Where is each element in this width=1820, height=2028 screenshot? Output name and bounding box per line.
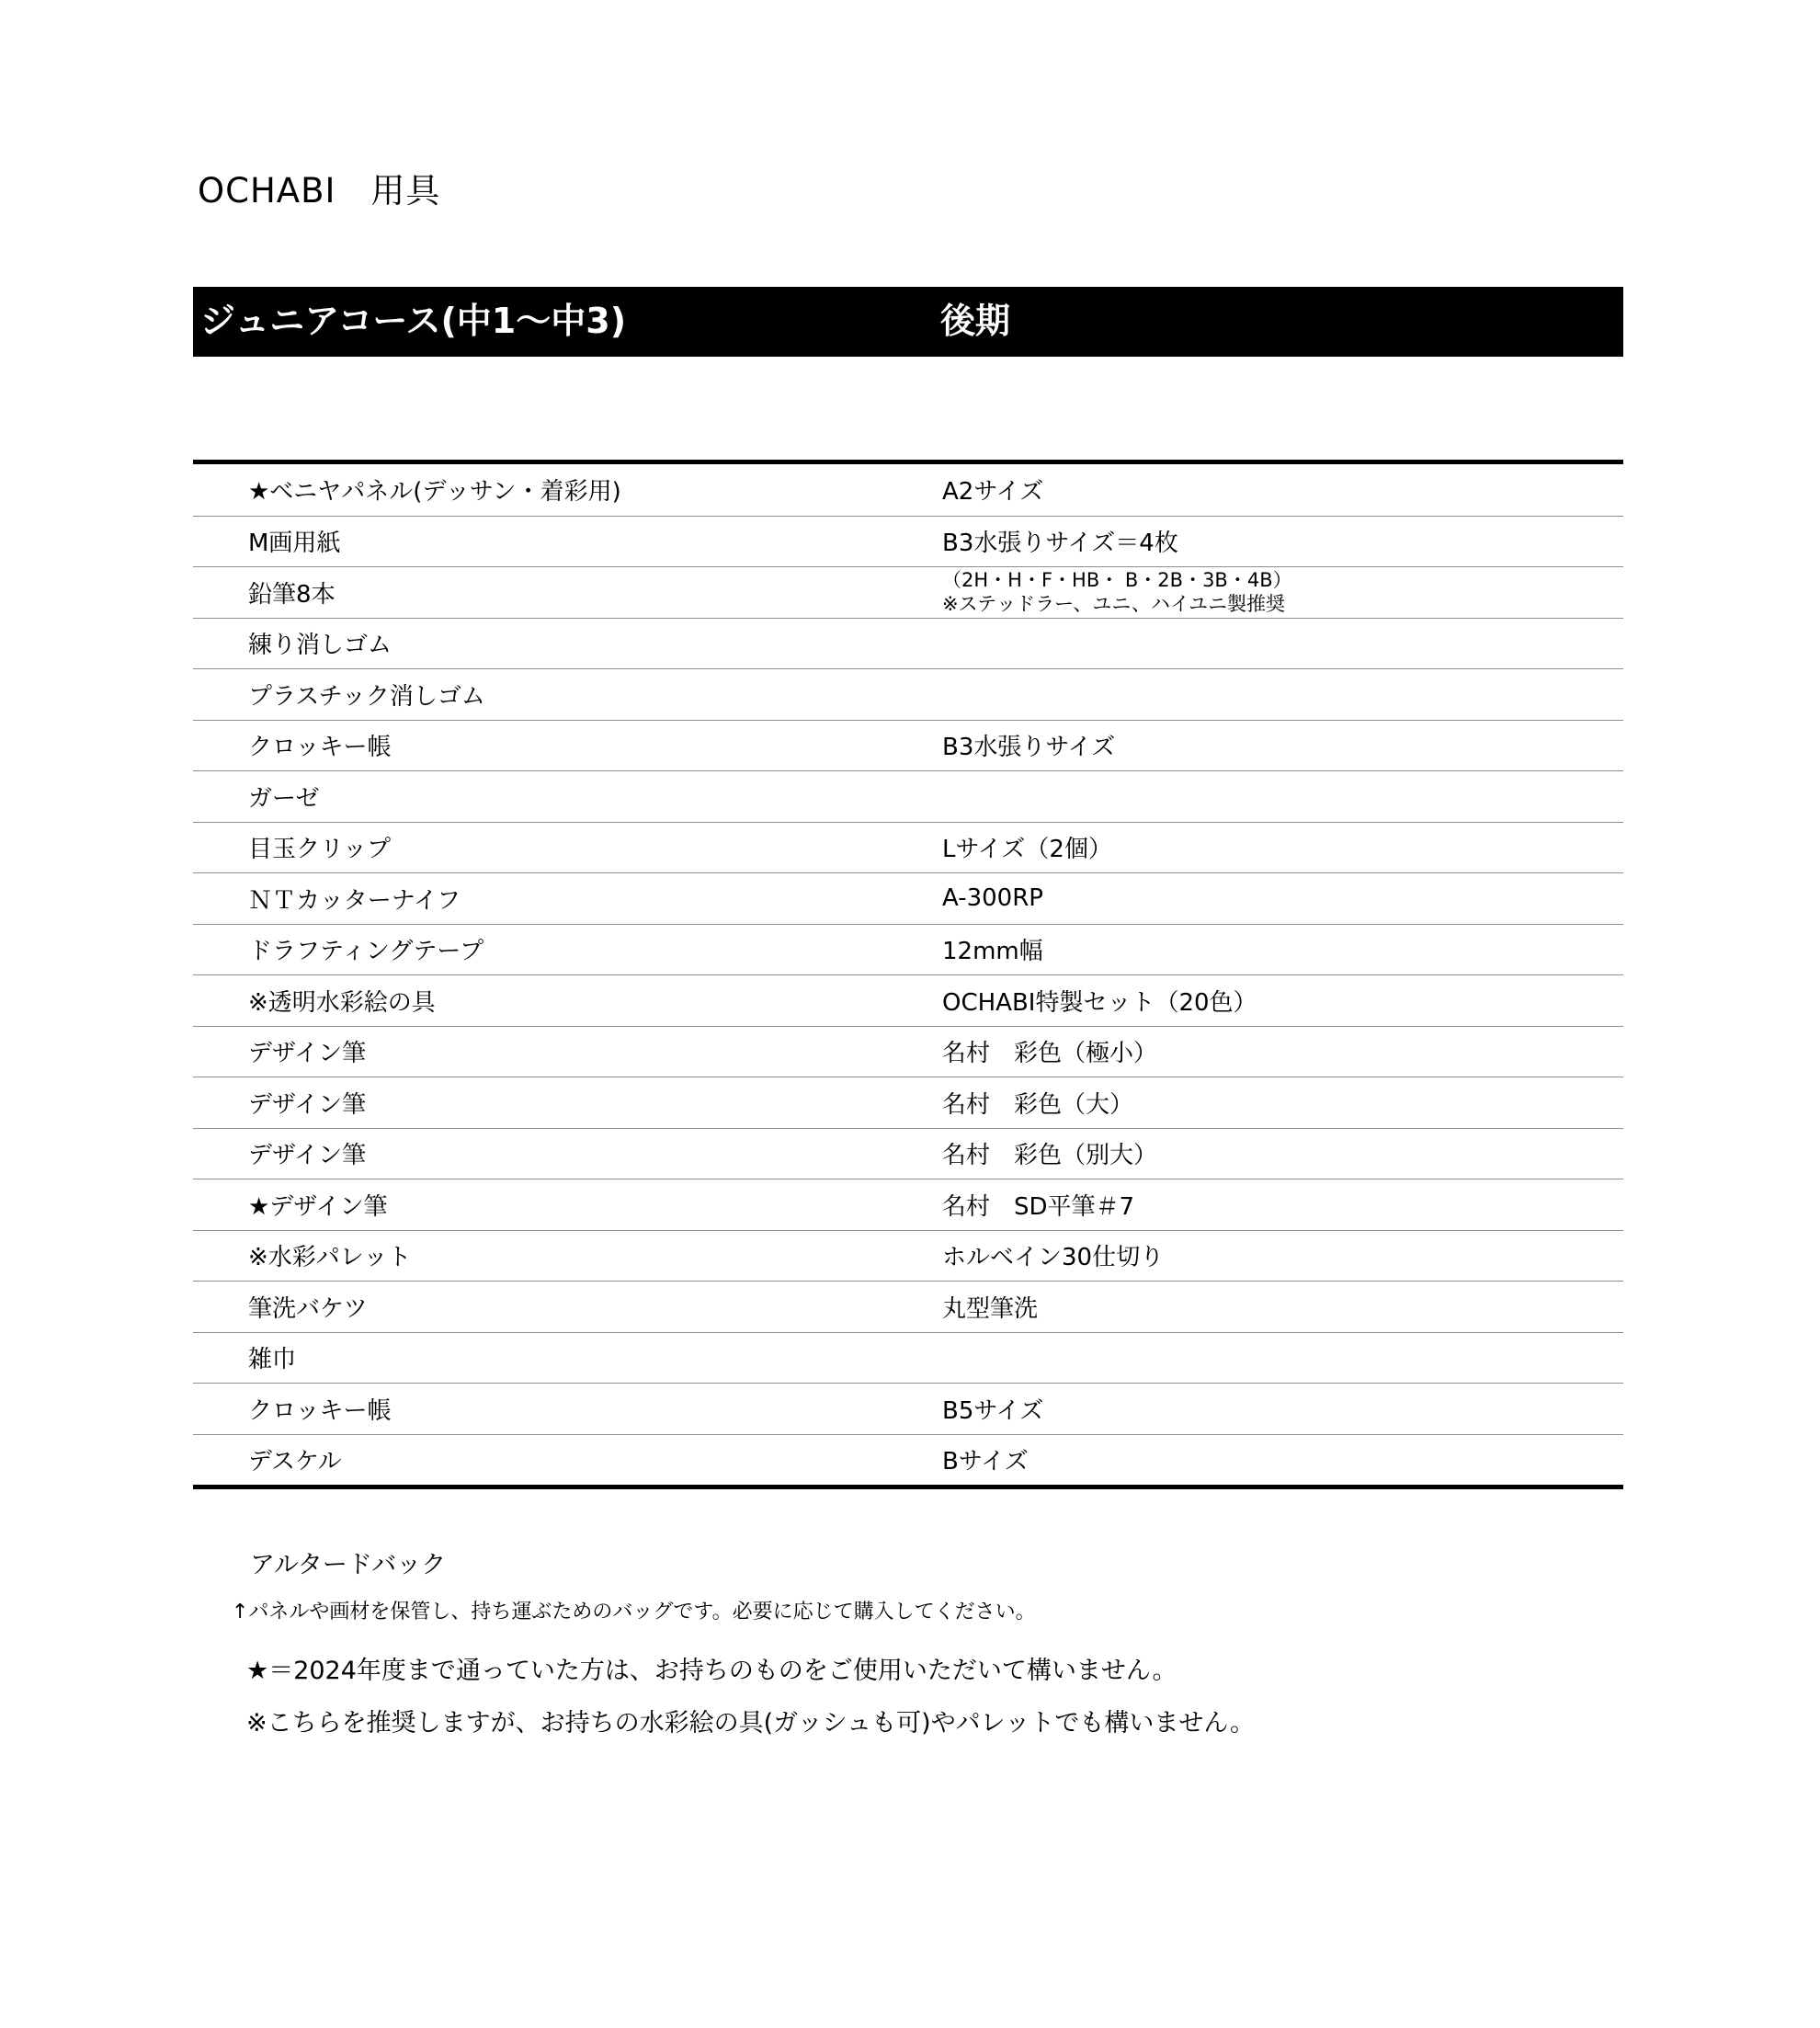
spec-cell: A2サイズ	[942, 473, 1623, 507]
spec-cell: 名村 彩色（極小）	[942, 1034, 1623, 1068]
page-title: OCHABI 用具	[198, 173, 440, 210]
item-cell: ★ベニヤパネル(デッサン・着彩用)	[193, 473, 942, 507]
table-row: 目玉クリップLサイズ（2個）	[193, 822, 1623, 873]
item-cell: ※透明水彩絵の具	[193, 984, 942, 1018]
table-row: 練り消しゴム	[193, 618, 1623, 669]
table-row: クロッキー帳B5サイズ	[193, 1383, 1623, 1434]
bag-title: アルタードバック	[250, 1544, 446, 1580]
table-row: ※水彩パレットホルベイン30仕切り	[193, 1230, 1623, 1282]
bag-note: ↑パネルや画材を保管し、持ち運ぶためのバッグです。必要に応じて購入してください。	[232, 1596, 1036, 1624]
spec-cell: （2H・H・F・HB・ B・2B・3B・4B）※ステッドラー、ユニ、ハイユニ製推…	[942, 568, 1623, 616]
item-cell: デザイン筆	[193, 1086, 942, 1120]
spec-cell: B5サイズ	[942, 1392, 1623, 1426]
table-row: ドラフティングテープ12mm幅	[193, 924, 1623, 975]
item-cell: M画用紙	[193, 524, 942, 558]
item-cell: 雑巾	[193, 1340, 942, 1374]
table-row: デスケルBサイズ	[193, 1434, 1623, 1486]
item-cell: 鉛筆8本	[193, 575, 942, 610]
item-cell: クロッキー帳	[193, 728, 942, 762]
item-cell: デザイン筆	[193, 1034, 942, 1068]
term-label: 後期	[940, 287, 1010, 357]
spec-cell: Lサイズ（2個）	[942, 830, 1623, 864]
item-cell: デスケル	[193, 1442, 942, 1476]
spec-cell: 名村 彩色（大）	[942, 1086, 1623, 1120]
table-row: ※透明水彩絵の具OCHABI特製セット（20色）	[193, 974, 1623, 1026]
item-cell: ★デザイン筆	[193, 1188, 942, 1222]
table-row: ガーゼ	[193, 770, 1623, 822]
table-row: プラスチック消しゴム	[193, 668, 1623, 720]
spec-cell: 丸型筆洗	[942, 1290, 1623, 1324]
course-header-bar: ジュニアコース(中1〜中3) 後期	[193, 287, 1623, 357]
table-row: ★デザイン筆名村 SD平筆＃7	[193, 1179, 1623, 1230]
table-row: 雑巾	[193, 1332, 1623, 1384]
spec-cell: ホルベイン30仕切り	[942, 1238, 1623, 1272]
table-row: クロッキー帳B3水張りサイズ	[193, 720, 1623, 771]
table-row: ★ベニヤパネル(デッサン・着彩用)A2サイズ	[193, 464, 1623, 516]
table-row: デザイン筆名村 彩色（大）	[193, 1077, 1623, 1128]
table-row: 鉛筆8本（2H・H・F・HB・ B・2B・3B・4B）※ステッドラー、ユニ、ハイ…	[193, 566, 1623, 618]
spec-cell: 12mm幅	[942, 932, 1623, 966]
spec-cell: Bサイズ	[942, 1442, 1623, 1476]
item-cell: 目玉クリップ	[193, 830, 942, 864]
spec-cell: OCHABI特製セット（20色）	[942, 984, 1623, 1018]
spec-cell: 名村 彩色（別大）	[942, 1136, 1623, 1170]
item-cell: ＮＴカッターナイフ	[193, 882, 942, 916]
spec-line: ※ステッドラー、ユニ、ハイユニ製推奨	[942, 592, 1623, 616]
item-cell: デザイン筆	[193, 1136, 942, 1170]
spec-cell: 名村 SD平筆＃7	[942, 1188, 1623, 1222]
item-cell: 練り消しゴム	[193, 626, 942, 660]
table-row: 筆洗バケツ丸型筆洗	[193, 1281, 1623, 1332]
item-cell: ※水彩パレット	[193, 1238, 942, 1272]
supply-list-document: OCHABI 用具 ジュニアコース(中1〜中3) 後期 ★ベニヤパネル(デッサン…	[0, 0, 1820, 2028]
table-row: デザイン筆名村 彩色（極小）	[193, 1026, 1623, 1077]
table-row: デザイン筆名村 彩色（別大）	[193, 1128, 1623, 1179]
spec-cell: A-300RP	[942, 884, 1623, 912]
spec-line: （2H・H・F・HB・ B・2B・3B・4B）	[942, 568, 1623, 592]
spec-cell: B3水張りサイズ＝4枚	[942, 524, 1623, 558]
item-cell: ガーゼ	[193, 780, 942, 814]
item-cell: 筆洗バケツ	[193, 1290, 942, 1324]
table-row: M画用紙B3水張りサイズ＝4枚	[193, 516, 1623, 567]
asterisk-note: ※こちらを推奨しますが、お持ちの水彩絵の具(ガッシュも可)やパレットでも構いませ…	[246, 1703, 1255, 1738]
star-note: ★＝2024年度まで通っていた方は、お持ちのものをご使用いただいて構いません。	[246, 1650, 1177, 1686]
item-cell: クロッキー帳	[193, 1392, 942, 1426]
course-name-label: ジュニアコース(中1〜中3)	[200, 287, 626, 357]
spec-cell: B3水張りサイズ	[942, 728, 1623, 762]
supply-table-body: ★ベニヤパネル(デッサン・着彩用)A2サイズM画用紙B3水張りサイズ＝4枚鉛筆8…	[193, 460, 1623, 1489]
item-cell: ドラフティングテープ	[193, 932, 942, 966]
item-cell: プラスチック消しゴム	[193, 678, 942, 712]
table-row: ＮＴカッターナイフA-300RP	[193, 872, 1623, 924]
